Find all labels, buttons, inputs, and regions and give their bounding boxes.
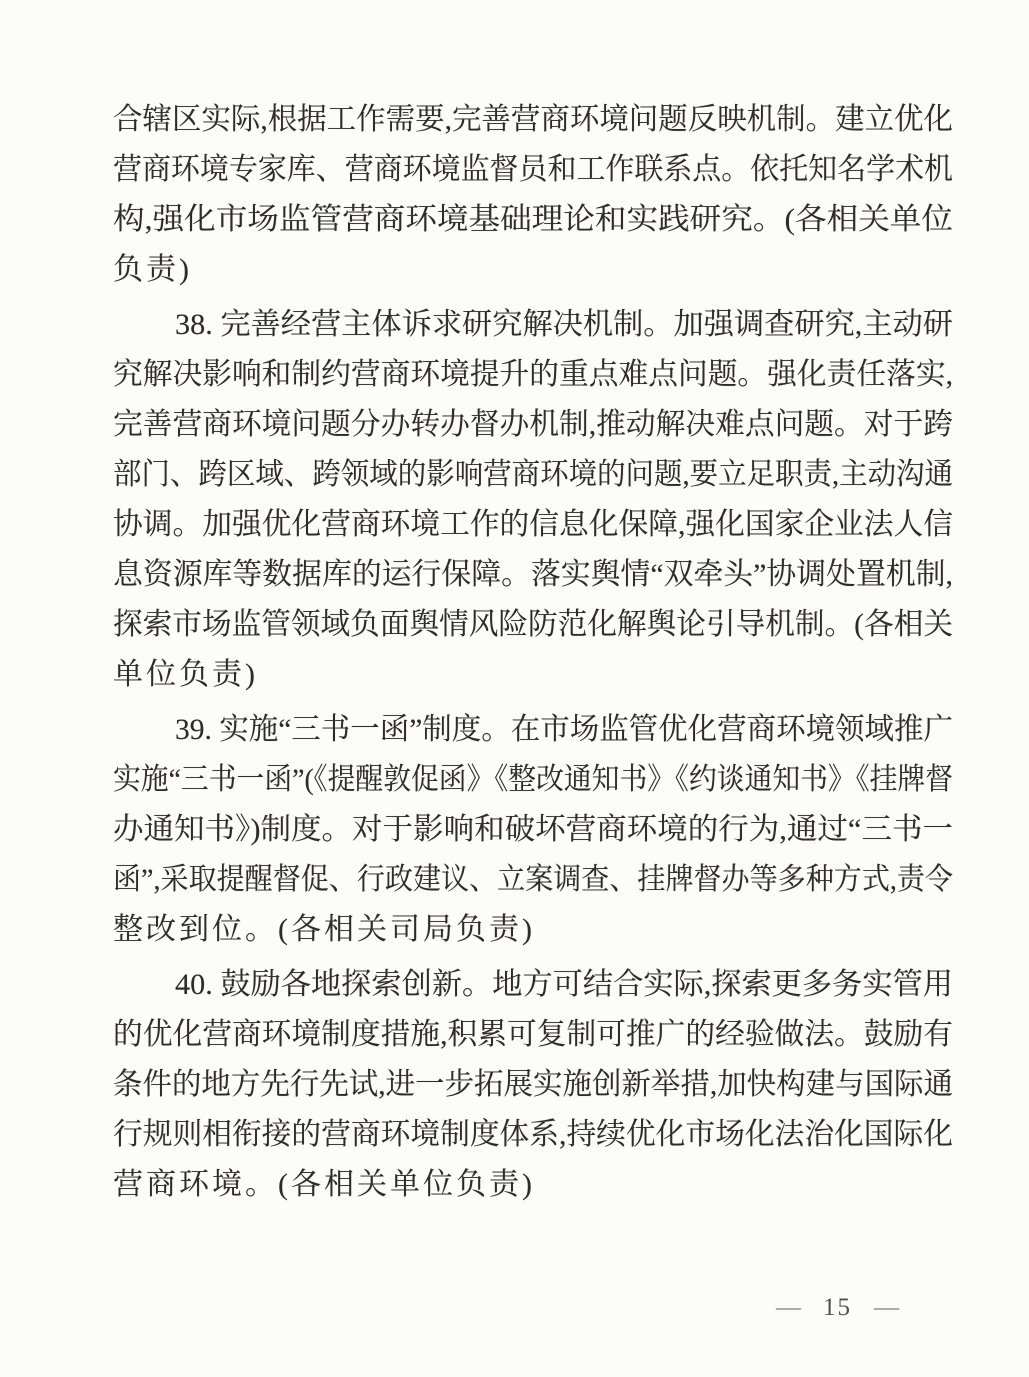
page-number: 15	[823, 1294, 852, 1322]
text-line: 的优化营商环境制度措施,积累可复制可推广的经验做法。鼓励有	[113, 1010, 953, 1060]
text-line: 构,强化市场监管营商环境基础理论和实践研究。(各相关单位	[113, 195, 953, 245]
document-body: 合辖区实际,根据工作需要,完善营商环境问题反映机制。建立优化 营商环境专家库、营…	[113, 95, 953, 1210]
paragraph-continuation: 合辖区实际,根据工作需要,完善营商环境问题反映机制。建立优化 营商环境专家库、营…	[113, 95, 953, 295]
text-line: 营商环境专家库、营商环境监督员和工作联系点。依托知名学术机	[113, 145, 953, 195]
text-line: 负责)	[113, 245, 953, 295]
text-line: 办通知书》)制度。对于影响和破坏营商环境的行为,通过“三书一	[113, 805, 953, 855]
document-page: { "document": { "paragraphs": [ { "role"…	[0, 0, 1029, 1377]
text-line: 完善营商环境问题分办转办督办机制,推动解决难点问题。对于跨	[113, 400, 953, 450]
page-footer: — 15 —	[776, 1294, 899, 1322]
text-line: 协调。加强优化营商环境工作的信息化保障,强化国家企业法人信	[113, 500, 953, 550]
paragraph-item-38: 38. 完善经营主体诉求研究解决机制。加强调查研究,主动研 究解决影响和制约营商…	[113, 300, 953, 700]
text-line: 究解决影响和制约营商环境提升的重点难点问题。强化责任落实,	[113, 350, 953, 400]
footer-right-dash: —	[874, 1296, 899, 1320]
text-line: 行规则相衔接的营商环境制度体系,持续优化市场化法治化国际化	[113, 1110, 953, 1160]
text-line: 整改到位。(各相关司局负责)	[113, 905, 953, 955]
text-line: 函”,采取提醒督促、行政建议、立案调查、挂牌督办等多种方式,责令	[113, 855, 953, 905]
text-line: 单位负责)	[113, 650, 953, 700]
text-line: 探索市场监管领域负面舆情风险防范化解舆论引导机制。(各相关	[113, 600, 953, 650]
footer-left-dash: —	[776, 1296, 801, 1320]
paragraph-item-40: 40. 鼓励各地探索创新。地方可结合实际,探索更多务实管用 的优化营商环境制度措…	[113, 960, 953, 1210]
text-line: 实施“三书一函”(《提醒敦促函》《整改通知书》《约谈通知书》《挂牌督	[113, 755, 953, 805]
text-line: 38. 完善经营主体诉求研究解决机制。加强调查研究,主动研	[113, 300, 953, 350]
text-line: 条件的地方先行先试,进一步拓展实施创新举措,加快构建与国际通	[113, 1060, 953, 1110]
text-line: 40. 鼓励各地探索创新。地方可结合实际,探索更多务实管用	[113, 960, 953, 1010]
paragraph-item-39: 39. 实施“三书一函”制度。在市场监管优化营商环境领域推广 实施“三书一函”(…	[113, 705, 953, 955]
text-line: 营商环境。(各相关单位负责)	[113, 1160, 953, 1210]
text-line: 部门、跨区域、跨领域的影响营商环境的问题,要立足职责,主动沟通	[113, 450, 953, 500]
text-line: 39. 实施“三书一函”制度。在市场监管优化营商环境领域推广	[113, 705, 953, 755]
text-line: 息资源库等数据库的运行保障。落实舆情“双牵头”协调处置机制,	[113, 550, 953, 600]
text-line: 合辖区实际,根据工作需要,完善营商环境问题反映机制。建立优化	[113, 95, 953, 145]
